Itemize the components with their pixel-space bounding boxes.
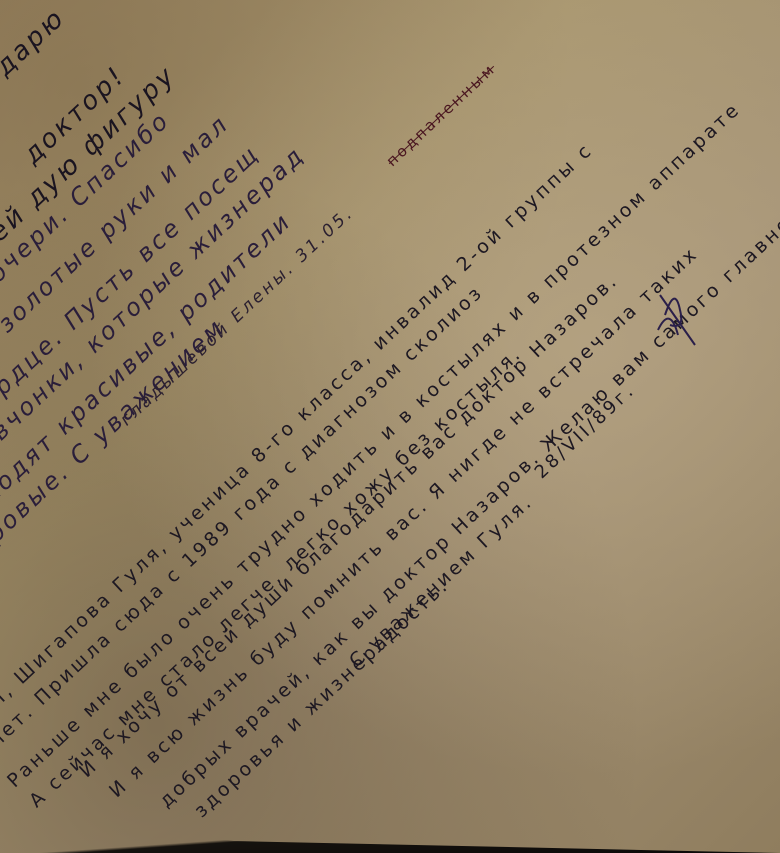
signature-mark (650, 275, 700, 355)
